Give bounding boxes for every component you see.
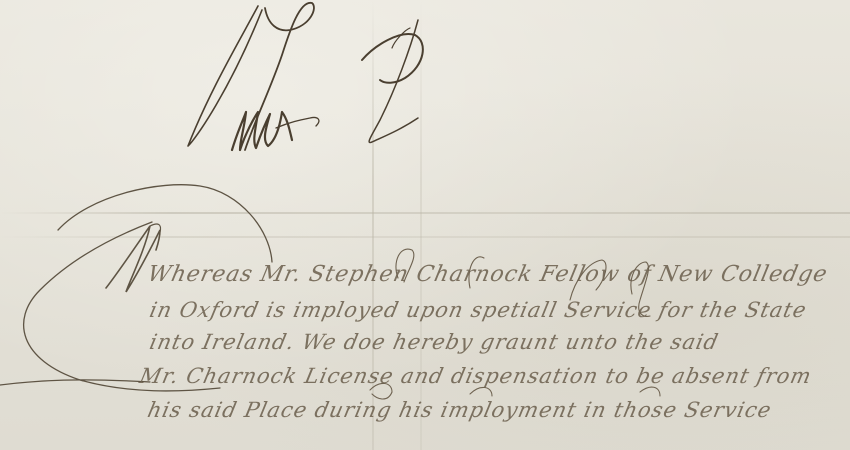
body-line-1: Whereas Mr. Stephen Charnock Fellow of N… — [145, 262, 830, 287]
body-line-3: into Ireland. We doe hereby graunt unto … — [147, 330, 720, 354]
body-line-5: his said Place during his imployment in … — [145, 398, 774, 422]
body-line-2: in Oxford is imployed upon spetiall Serv… — [147, 298, 809, 322]
body-line-4: Mr. Charnock License and dispensation to… — [137, 364, 814, 388]
